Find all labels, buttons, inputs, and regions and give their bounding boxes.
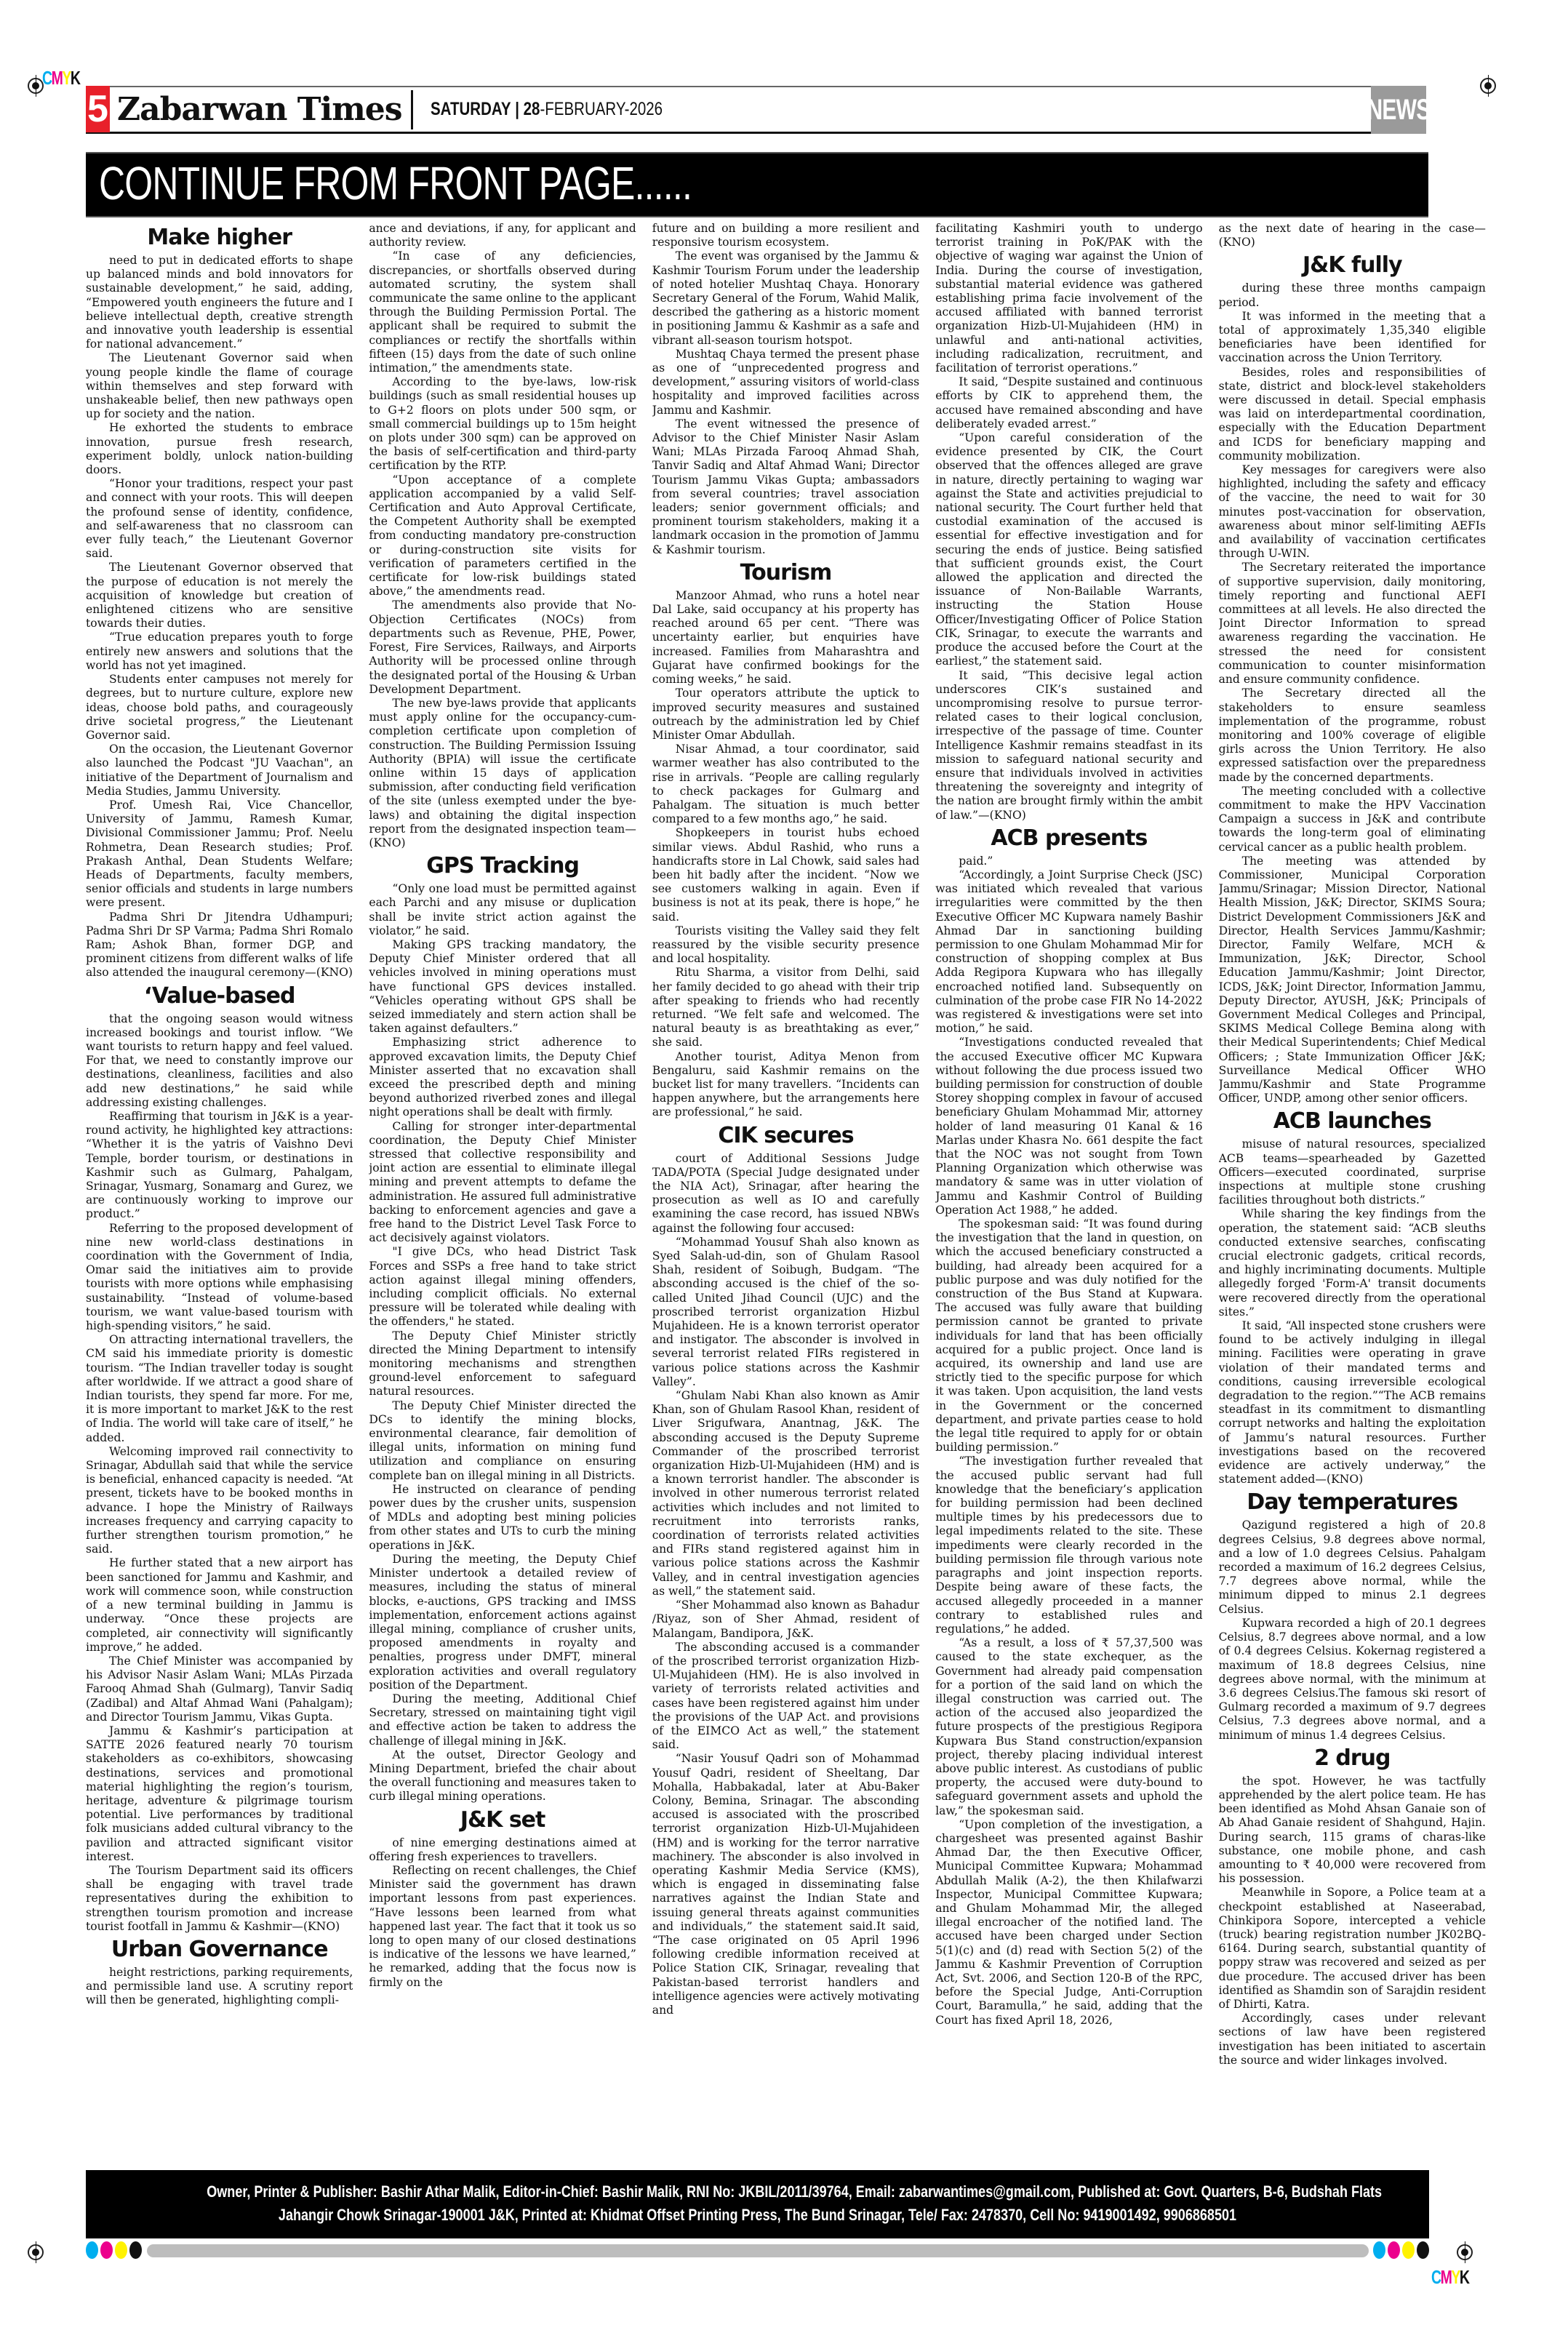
article-paragraph: Prof. Umesh Rai, Vice Chancellor, Univer…: [86, 799, 353, 911]
article-paragraph: as the next date of hearing in the case—…: [1219, 222, 1486, 249]
article-paragraph: Key messages for caregivers were also hi…: [1219, 463, 1486, 561]
article-headline: Day temperatures: [1219, 1488, 1486, 1517]
date-rest: -FEBRUARY-2026: [540, 99, 663, 119]
article-paragraph: The Chief Minister was accompanied by hi…: [86, 1654, 353, 1724]
date-separator: |: [515, 99, 519, 119]
article-paragraph: The Tourism Department said its officers…: [86, 1864, 353, 1934]
column-3: future and on building a more resilient …: [652, 222, 919, 2164]
article-paragraph: The meeting concluded with a collective …: [1219, 785, 1486, 855]
imprint-footer: Owner, Printer & Publisher: Bashir Athar…: [86, 2170, 1429, 2238]
article-paragraph: It was informed in the meeting that a to…: [1219, 310, 1486, 366]
date-day: 28: [523, 99, 540, 119]
article-paragraph: At the outset, Director Geology and Mini…: [369, 1748, 636, 1804]
gray-color-strip: [147, 2244, 1369, 2257]
article-headline: ACB launches: [1219, 1107, 1486, 1136]
registration-mark-icon: [1457, 2244, 1473, 2260]
cmyk-m: M: [1441, 2266, 1452, 2288]
article-paragraph: He instructed on clearance of pending po…: [369, 1483, 636, 1553]
article-paragraph: court of Additional Sessions Judge TADA/…: [652, 1152, 919, 1236]
article-paragraph: “Upon acceptance of a complete applicati…: [369, 473, 636, 599]
article-paragraph: Meanwhile in Sopore, a Police team at a …: [1219, 1886, 1486, 2012]
section-tab-news: NEWS: [1371, 86, 1426, 134]
article-paragraph: Reaffirming that tourism in J&K is a yea…: [86, 1110, 353, 1222]
article-paragraph: Besides, roles and responsibilities of s…: [1219, 366, 1486, 463]
article-paragraph: Nisar Ahmad, a tour coordinator, said wa…: [652, 743, 919, 826]
article-paragraph: The event was organised by the Jammu & K…: [652, 249, 919, 347]
article-paragraph: The absconding accused is a commander of…: [652, 1641, 919, 1753]
magenta-dot: [1388, 2241, 1400, 2259]
article-paragraph: “Investigations conducted revealed that …: [935, 1036, 1202, 1217]
article-paragraph: Making GPS tracking mandatory, the Deput…: [369, 938, 636, 1036]
article-paragraph: Manzoor Ahmad, who runs a hotel near Dal…: [652, 589, 919, 687]
article-headline: J&K fully: [1219, 251, 1486, 280]
article-paragraph: He exhorted the students to embrace inno…: [86, 421, 353, 477]
article-paragraph: “Honor your traditions, respect your pas…: [86, 477, 353, 561]
column-1: Make higherneed to put in dedicated effo…: [86, 222, 353, 2164]
paper-name: Zabarwan Times: [117, 91, 402, 128]
column-5: as the next date of hearing in the case—…: [1219, 222, 1486, 2164]
article-paragraph: “Upon completion of the investigation, a…: [935, 1818, 1202, 2028]
article-headline: ‘Value-based: [86, 982, 353, 1011]
cyan-dot: [86, 2241, 98, 2259]
cmyk-label-top: CMYK: [42, 67, 79, 89]
article-paragraph: The meeting was attended by Commissioner…: [1219, 855, 1486, 1106]
article-paragraph: that the ongoing season would witness in…: [86, 1012, 353, 1110]
article-paragraph: Shopkeepers in tourist hubs echoed simil…: [652, 826, 919, 924]
cmyk-label-bottom: CMYK: [1431, 2266, 1468, 2289]
article-paragraph: While sharing the key findings from the …: [1219, 1207, 1486, 1319]
section-tab-label: NEWS: [1367, 94, 1431, 127]
article-paragraph: Jammu & Kashmir’s participation at SATTE…: [86, 1724, 353, 1864]
article-headline: CIK secures: [652, 1121, 919, 1151]
day: SATURDAY: [431, 99, 511, 119]
article-paragraph: Emphasizing strict adherence to approved…: [369, 1036, 636, 1119]
article-paragraph: ance and deviations, if any, for applica…: [369, 222, 636, 249]
article-paragraph: “In case of any deficiencies, discrepanc…: [369, 249, 636, 375]
article-headline: Tourism: [652, 559, 919, 588]
article-paragraph: “Mohammad Yousuf Shah also known as Syed…: [652, 1236, 919, 1389]
article-paragraph: It said, “All inspected stone crushers w…: [1219, 1319, 1486, 1486]
color-dots-left: [86, 2241, 142, 2259]
registration-mark-icon: [1480, 78, 1496, 94]
article-paragraph: Padma Shri Dr Jitendra Udhampuri; Padma …: [86, 911, 353, 980]
article-headline: Urban Governance: [86, 1935, 353, 1964]
article-paragraph: Mushtaq Chaya termed the present phase a…: [652, 348, 919, 417]
article-headline: 2 drug: [1219, 1744, 1486, 1773]
magenta-dot: [100, 2241, 113, 2259]
masthead: 5 Zabarwan Times SATURDAY | 28-FEBRUARY-…: [86, 86, 1371, 134]
dateline: SATURDAY | 28-FEBRUARY-2026: [431, 99, 663, 120]
article-paragraph: “Upon careful consideration of the evide…: [935, 431, 1202, 668]
article-paragraph: The event witnessed the presence of Advi…: [652, 417, 919, 557]
article-paragraph: Ritu Sharma, a visitor from Delhi, said …: [652, 966, 919, 1049]
article-paragraph: “True education prepares youth to forge …: [86, 631, 353, 673]
article-paragraph: On attracting international travellers, …: [86, 1333, 353, 1445]
article-paragraph: The Lieutenant Governor said when young …: [86, 351, 353, 421]
banner-title: CONTINUE FROM FRONT PAGE......: [99, 156, 692, 210]
article-paragraph: during these three months campaign perio…: [1219, 281, 1486, 309]
article-paragraph: The Deputy Chief Minister directed the D…: [369, 1399, 636, 1483]
article-paragraph: “Only one load must be permitted against…: [369, 882, 636, 938]
article-paragraph: "I give DCs, who head District Task Forc…: [369, 1245, 636, 1329]
cmyk-k: K: [71, 67, 80, 89]
column-4: facilitating Kashmiri youth to undergo t…: [935, 222, 1202, 2164]
article-paragraph: of nine emerging destinations aimed at o…: [369, 1836, 636, 1864]
article-headline: Make higher: [86, 223, 353, 252]
article-paragraph: height restrictions, parking requirement…: [86, 1966, 353, 2008]
article-paragraph: facilitating Kashmiri youth to undergo t…: [935, 222, 1202, 375]
article-paragraph: The Deputy Chief Minister strictly direc…: [369, 1329, 636, 1399]
imprint-line-2: Jahangir Chowk Srinagar-190001 J&K, Prin…: [207, 2204, 1308, 2227]
yellow-dot: [115, 2241, 127, 2259]
article-paragraph: On the occasion, the Lieutenant Governor…: [86, 743, 353, 799]
article-paragraph: Qazigund registered a high of 20.8 degre…: [1219, 1518, 1486, 1616]
color-dots-right: [1373, 2241, 1429, 2259]
column-2: ance and deviations, if any, for applica…: [369, 222, 636, 2164]
article-paragraph: The Secretary directed all the stakehold…: [1219, 687, 1486, 784]
article-paragraph: “Ghulam Nabi Khan also known as Amir Kha…: [652, 1389, 919, 1598]
page-number: 5: [86, 86, 110, 132]
article-paragraph: Referring to the proposed development of…: [86, 1222, 353, 1334]
article-paragraph: “Nasir Yousuf Qadri son of Mohammad Yous…: [652, 1752, 919, 2017]
article-paragraph: “As a result, a loss of ₹ 57,37,500 was …: [935, 1636, 1202, 1818]
black-dot: [129, 2241, 142, 2259]
article-paragraph: Tour operators attribute the uptick to i…: [652, 687, 919, 743]
yellow-dot: [1402, 2241, 1415, 2259]
article-paragraph: Calling for stronger inter-departmental …: [369, 1120, 636, 1246]
article-paragraph: Kupwara recorded a high of 20.1 degrees …: [1219, 1617, 1486, 1742]
article-paragraph: During the meeting, Additional Chief Sec…: [369, 1692, 636, 1748]
cmyk-y: Y: [1451, 2266, 1460, 2288]
article-paragraph: The amendments also provide that No-Obje…: [369, 599, 636, 696]
article-paragraph: The Secretary reiterated the importance …: [1219, 561, 1486, 687]
article-paragraph: The new bye-laws provide that applicants…: [369, 697, 636, 850]
article-paragraph: “The investigation further revealed that…: [935, 1454, 1202, 1636]
article-paragraph: It said, “This decisive legal action und…: [935, 669, 1202, 823]
registration-mark-icon: [28, 78, 44, 94]
article-paragraph: The spokesman said: “It was found during…: [935, 1217, 1202, 1454]
article-paragraph: Accordingly, cases under relevant sectio…: [1219, 2012, 1486, 2068]
article-paragraph: During the meeting, the Deputy Chief Min…: [369, 1553, 636, 1692]
article-columns: Make higherneed to put in dedicated effo…: [86, 222, 1486, 2164]
article-paragraph: need to put in dedicated efforts to shap…: [86, 254, 353, 351]
black-dot: [1417, 2241, 1429, 2259]
registration-mark-icon: [28, 2244, 44, 2260]
cyan-dot: [1373, 2241, 1385, 2259]
article-paragraph: It said, “Despite sustained and continuo…: [935, 375, 1202, 431]
divider: [411, 90, 413, 129]
article-paragraph: The Lieutenant Governor observed that th…: [86, 561, 353, 631]
article-paragraph: the spot. However, he was tactfully appr…: [1219, 1774, 1486, 1886]
article-paragraph: paid.”: [935, 855, 1202, 868]
article-headline: J&K set: [369, 1806, 636, 1835]
article-headline: ACB presents: [935, 824, 1202, 853]
article-paragraph: future and on building a more resilient …: [652, 222, 919, 249]
article-paragraph: Another tourist, Aditya Menon from Benga…: [652, 1050, 919, 1120]
article-paragraph: Tourists visiting the Valley said they f…: [652, 924, 919, 967]
article-paragraph: “Sher Mohammad also known as Bahadur /Ri…: [652, 1598, 919, 1641]
article-paragraph: Reflecting on recent challenges, the Chi…: [369, 1864, 636, 1990]
cmyk-k: K: [1460, 2266, 1469, 2288]
article-paragraph: According to the bye-laws, low-risk buil…: [369, 375, 636, 473]
article-paragraph: He further stated that a new airport has…: [86, 1556, 353, 1654]
cmyk-y: Y: [62, 67, 71, 89]
article-paragraph: “Accordingly, a Joint Surprise Check (JS…: [935, 868, 1202, 1036]
article-paragraph: misuse of natural resources, specialized…: [1219, 1137, 1486, 1207]
article-paragraph: Students enter campuses not merely for d…: [86, 673, 353, 743]
continue-banner: CONTINUE FROM FRONT PAGE......: [86, 152, 1428, 217]
article-paragraph: Welcoming improved rail connectivity to …: [86, 1445, 353, 1557]
article-headline: GPS Tracking: [369, 852, 636, 881]
imprint-line-1: Owner, Printer & Publisher: Bashir Athar…: [207, 2180, 1308, 2204]
cmyk-c: C: [1431, 2266, 1441, 2288]
cmyk-m: M: [52, 67, 63, 89]
